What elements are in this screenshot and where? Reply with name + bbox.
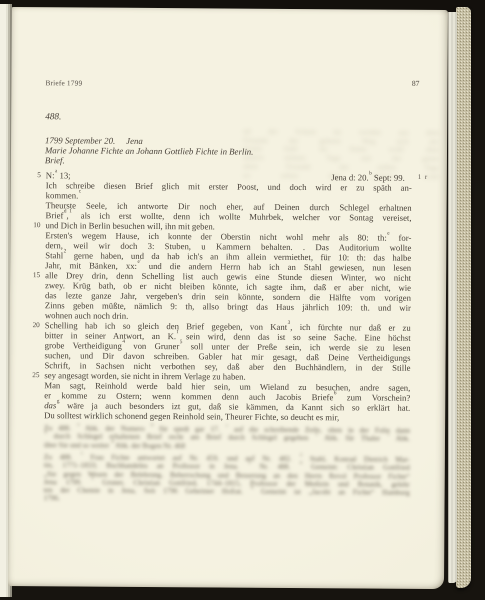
line-number-20: 20 (22, 320, 40, 330)
page-number: 87 (395, 79, 419, 88)
letter-place: Jena (126, 136, 143, 146)
letter-heading: 1799 September 20.Jena Marie Johanne Fic… (45, 135, 254, 166)
line-number-25: 25 (21, 370, 39, 380)
letter-kind: Brief. (45, 155, 253, 166)
page: Briefe 1799 87 nd der Schein im werden a… (8, 7, 448, 589)
line-number-15: 15 (22, 270, 40, 280)
dateline-place-date: Jena d: 20.b Sept: 99. (331, 172, 412, 183)
letter-body: N:a 13;Jena d: 20.b Sept: 99.Ich schreib… (44, 170, 412, 423)
dateline-number: N:a 13; (46, 170, 71, 180)
line-number-10: 10 (22, 220, 40, 230)
line-number-5: 5 (23, 170, 41, 180)
letter-date: 1799 September 20. (45, 135, 115, 145)
margin-line-numbers: 510152025 (12, 7, 448, 10)
apparatus-notes-blurred: Zu 488. 1 Frau Fichte antwortet auf Nr. … (44, 453, 410, 505)
apparatus-variants-blurred: Zu 488. a Abk. der Numero b für spedt ga… (44, 424, 410, 451)
letter-number: 488. (45, 111, 61, 121)
running-head: Briefe 1799 (45, 78, 82, 87)
letter-addressee: Marie Johanne Fichte an Johann Gottlieb … (45, 145, 253, 156)
book-cover-edge (456, 7, 471, 588)
book-pages-fore-edge (448, 12, 457, 583)
book-photo: Briefe 1799 87 nd der Schein im werden a… (0, 0, 485, 600)
folio-marker: 1 r (418, 174, 428, 181)
